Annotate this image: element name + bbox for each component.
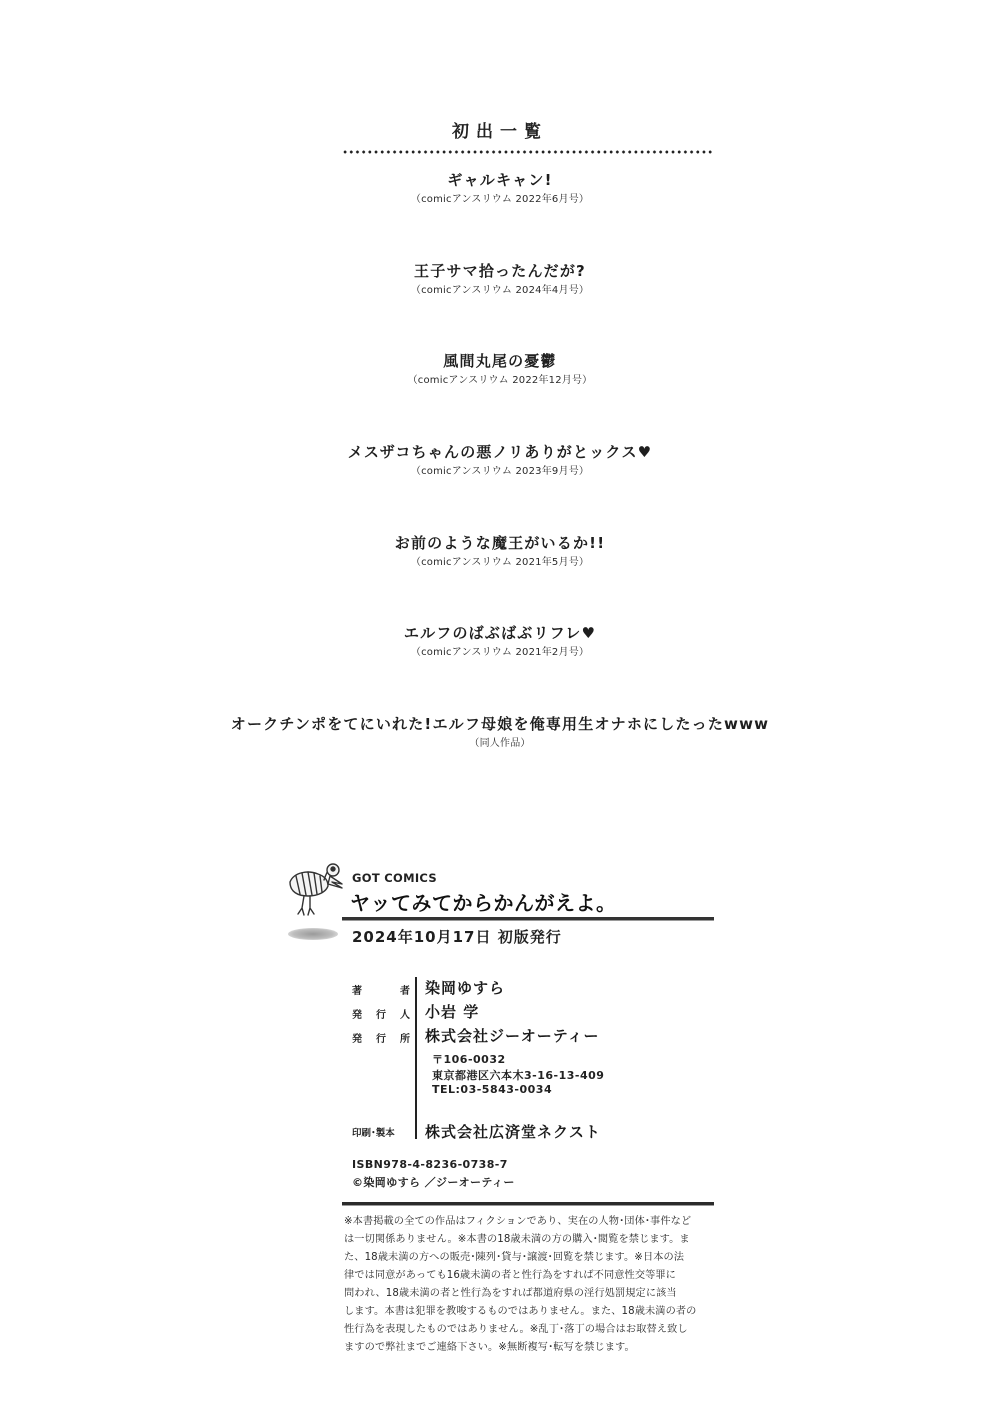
- author-name: 染岡ゆすら: [425, 977, 505, 998]
- label-char: 者: [400, 982, 410, 997]
- list-title: 初出一覧: [0, 117, 1000, 142]
- work-entry: エルフのばぶばぶリフレ♥ （comicアンスリウム 2021年2月号）: [0, 623, 1000, 660]
- publisher-company: 株式会社ジーオーティー: [425, 1025, 600, 1046]
- logo-shadow: [288, 928, 338, 940]
- work-title: オークチンポをてにいれた!エルフ母娘を俺専用生オナホにしたったwww: [0, 714, 1000, 734]
- notice-line: 問われ、18歳未満の者と性行為をすれば都道府県の淫行処罰規定に該当: [344, 1285, 716, 1303]
- notice-line: ますので弊社までご連絡下さい。※無断複写･転写を禁じます。: [344, 1339, 716, 1357]
- printer-company: 株式会社広済堂ネクスト: [425, 1121, 601, 1142]
- legal-notice: ※本書掲載の全ての作品はフィクションであり、実在の人物･団体･事件など は一切関…: [344, 1213, 716, 1357]
- credit-label-author: 著 者: [352, 982, 410, 997]
- work-title: ギャルキャン!: [0, 170, 1000, 190]
- telephone: TEL:03-5843-0034: [432, 1083, 552, 1096]
- label-char: 所: [400, 1030, 410, 1045]
- notice-line: します。本書は犯罪を教唆するものではありません。また、18歳未満の者の: [344, 1303, 716, 1321]
- work-title: お前のような魔王がいるか!!: [0, 533, 1000, 553]
- work-entry: お前のような魔王がいるか!! （comicアンスリウム 2021年5月号）: [0, 533, 1000, 570]
- credit-label-publisher: 発 行 所: [352, 1030, 410, 1045]
- isbn: ISBN978-4-8236-0738-7: [352, 1158, 508, 1171]
- notice-divider: [342, 1202, 714, 1205]
- work-entry: オークチンポをてにいれた!エルフ母娘を俺専用生オナホにしたったwww （同人作品…: [0, 714, 1000, 751]
- publication-date: 2024年10月17日 初版発行: [352, 926, 562, 947]
- publisher-person-name: 小岩 学: [425, 1001, 479, 1022]
- work-source: （comicアンスリウム 2021年2月号）: [0, 646, 1000, 660]
- work-title: メスザコちゃんの悪ノリありがとックス♥: [0, 442, 1000, 462]
- label-char: 人: [400, 1006, 410, 1021]
- credit-label-printer: 印刷･製本: [352, 1125, 410, 1139]
- work-title: エルフのばぶばぶリフレ♥: [0, 623, 1000, 643]
- work-source: （comicアンスリウム 2021年5月号）: [0, 556, 1000, 570]
- label-char: 行: [376, 1006, 386, 1021]
- dotted-divider: [342, 150, 714, 154]
- label-char: 発: [352, 1030, 362, 1045]
- label-char: 著: [352, 982, 362, 997]
- work-entry: 風間丸尾の憂鬱 （comicアンスリウム 2022年12月号）: [0, 351, 1000, 388]
- copyright: ©染岡ゆすら ／ジーオーティー: [352, 1174, 515, 1190]
- bird-logo-icon: [284, 862, 350, 922]
- work-source: （comicアンスリウム 2022年6月号）: [0, 193, 1000, 207]
- notice-line: 律では同意があっても16歳未満の者と性行為をすれば不同意性交等罪に: [344, 1267, 716, 1285]
- title-divider: [342, 917, 714, 920]
- notice-line: は一切関係ありません。※本書の18歳未満の方の購入･閲覧を禁じます。ま: [344, 1231, 716, 1249]
- work-title: 王子サマ拾ったんだが?: [0, 261, 1000, 281]
- book-title: ヤッてみてからかんがえよ。: [350, 887, 617, 916]
- label-char: 発: [352, 1006, 362, 1021]
- postal-code: 〒106-0032: [432, 1051, 506, 1067]
- series-label: GOT COMICS: [352, 871, 437, 885]
- street-address: 東京都港区六本木3-16-13-409: [432, 1067, 604, 1083]
- credit-label-publisher-person: 発 行 人: [352, 1006, 410, 1021]
- notice-line: ※本書掲載の全ての作品はフィクションであり、実在の人物･団体･事件など: [344, 1213, 716, 1231]
- work-entry: 王子サマ拾ったんだが? （comicアンスリウム 2024年4月号）: [0, 261, 1000, 298]
- work-title: 風間丸尾の憂鬱: [0, 351, 1000, 371]
- notice-line: 性行為を表現したものではありません。※乱丁･落丁の場合はお取替え致し: [344, 1321, 716, 1339]
- work-source: （comicアンスリウム 2022年12月号）: [0, 374, 1000, 388]
- work-source: （comicアンスリウム 2023年9月号）: [0, 465, 1000, 479]
- credits-divider: [415, 977, 417, 1139]
- work-entry: メスザコちゃんの悪ノリありがとックス♥ （comicアンスリウム 2023年9月…: [0, 442, 1000, 479]
- work-source: （同人作品）: [0, 737, 1000, 751]
- notice-line: た、18歳未満の方への販売･陳列･貸与･譲渡･回覧を禁じます。※日本の法: [344, 1249, 716, 1267]
- work-entry: ギャルキャン! （comicアンスリウム 2022年6月号）: [0, 170, 1000, 207]
- work-source: （comicアンスリウム 2024年4月号）: [0, 284, 1000, 298]
- label-char: 行: [376, 1030, 386, 1045]
